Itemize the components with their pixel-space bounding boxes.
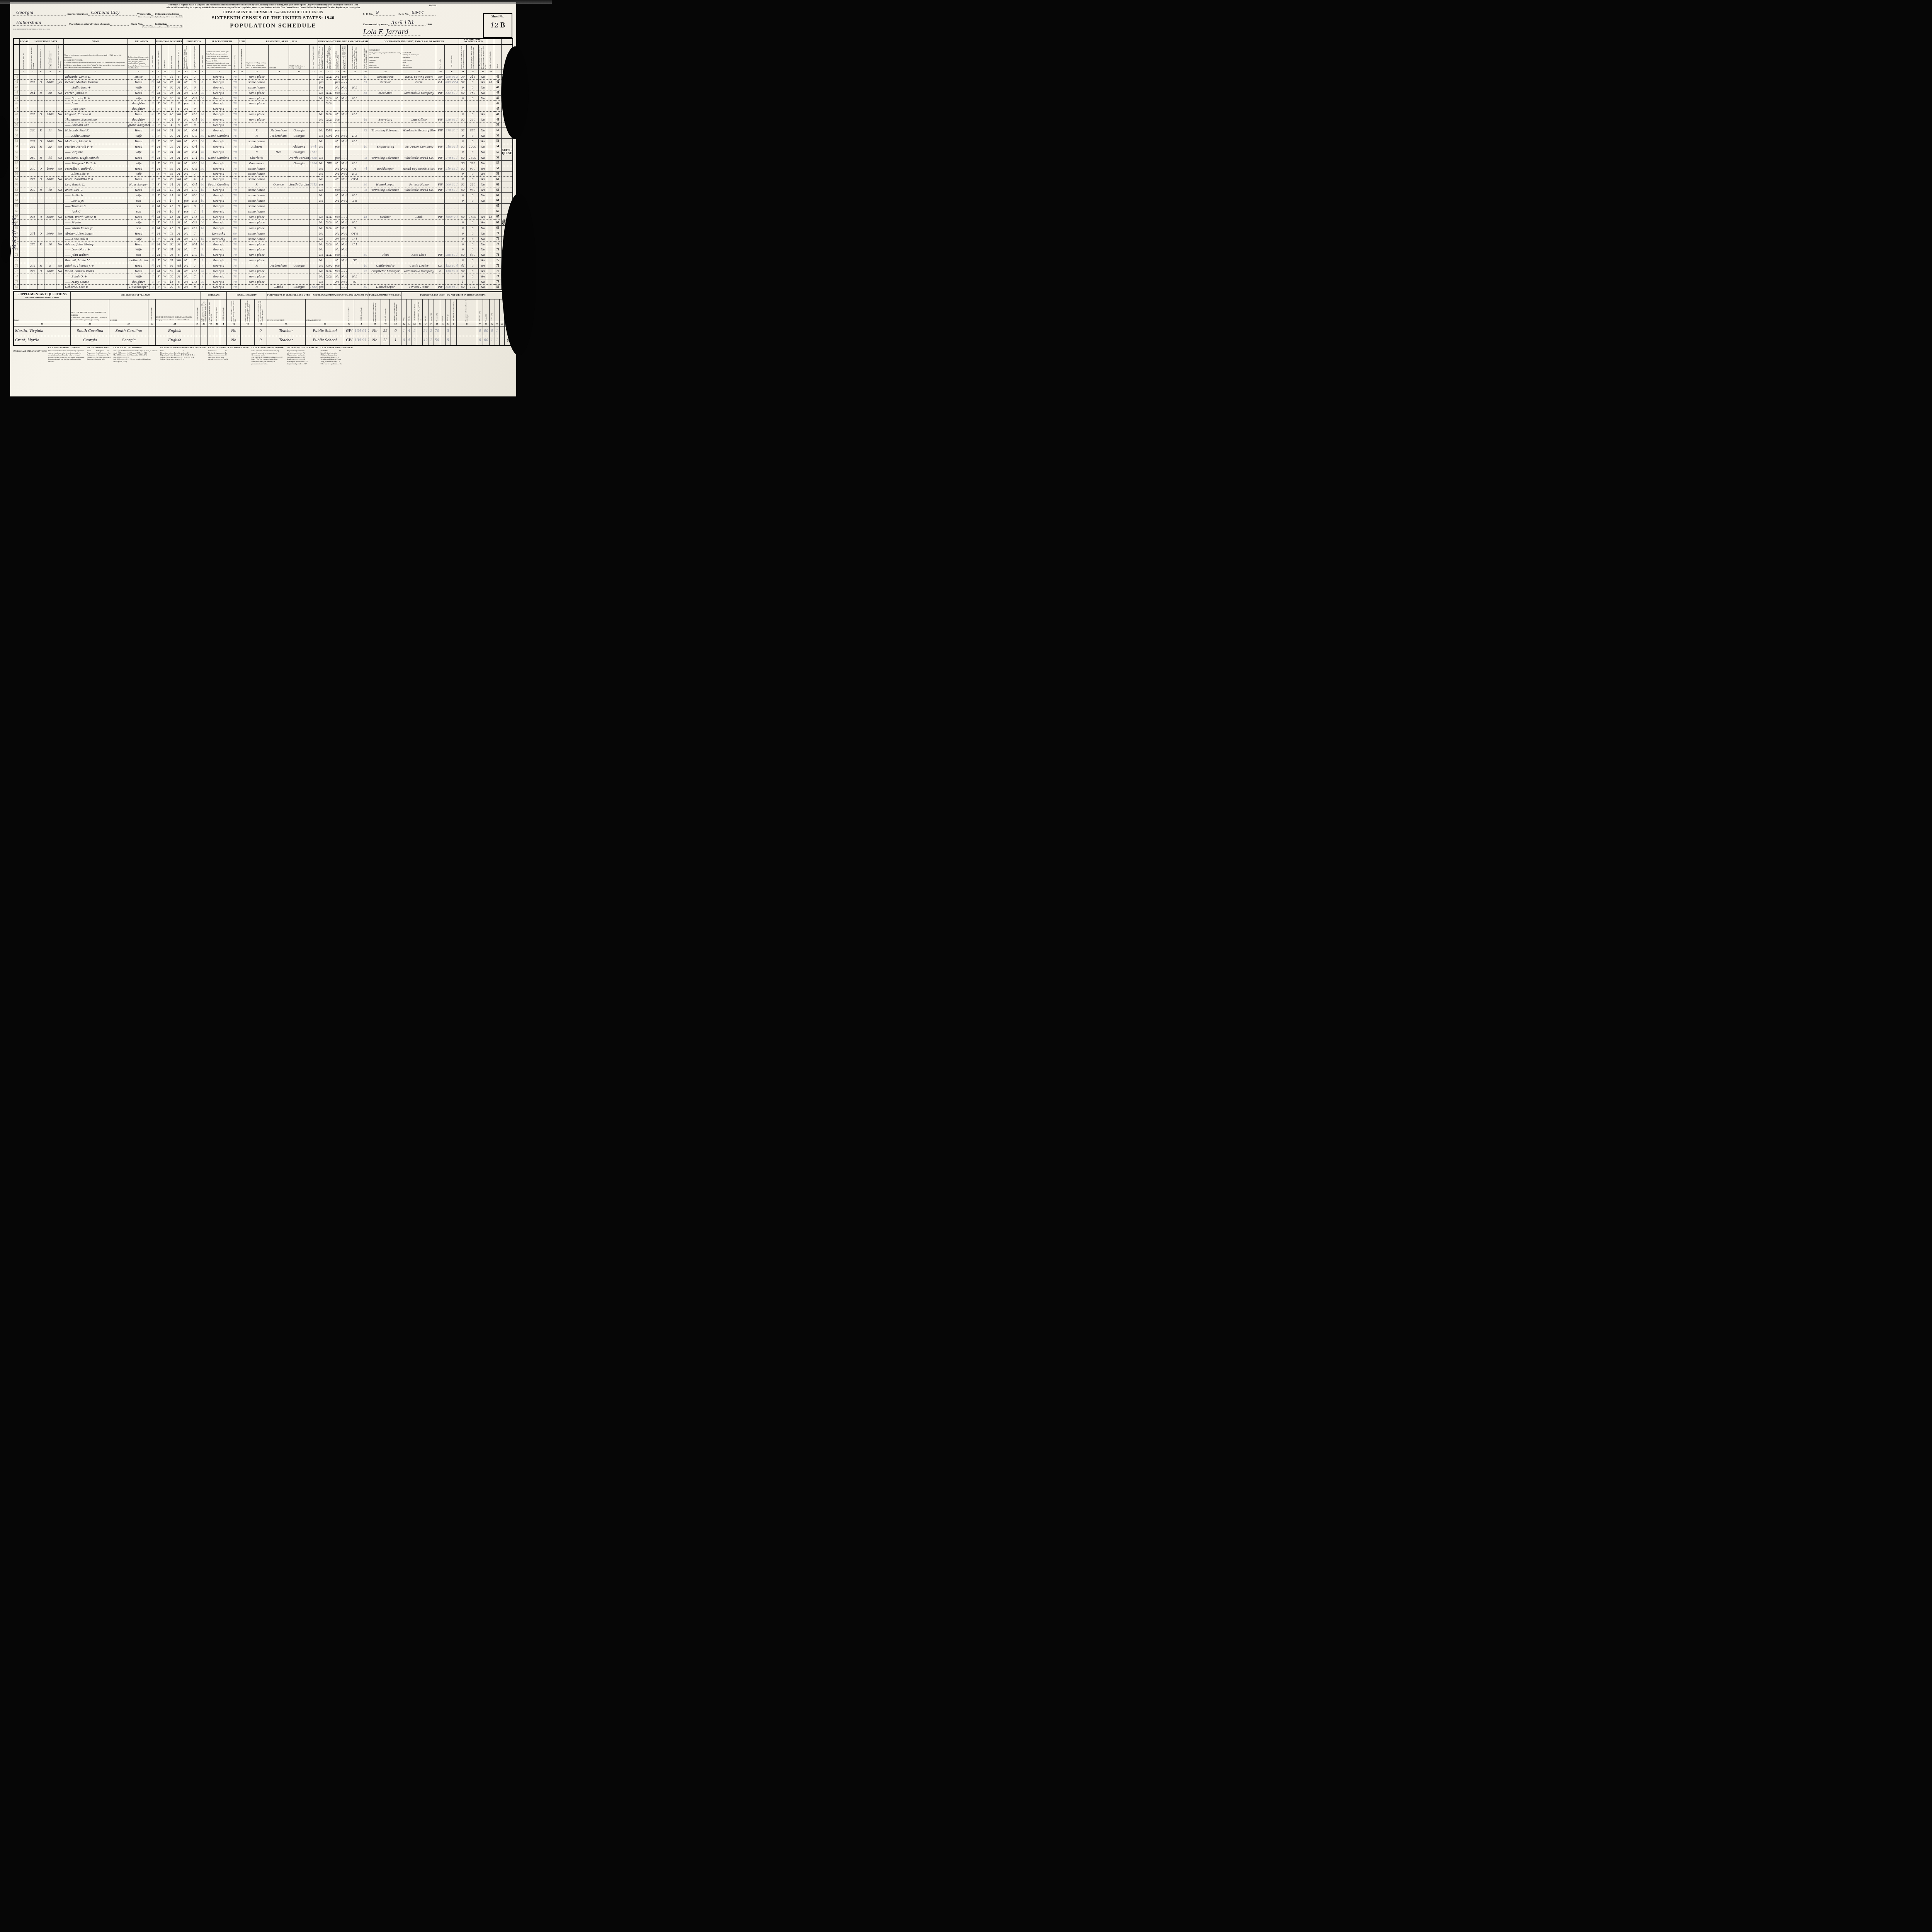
color-race: W [162, 279, 168, 284]
grade-code: 4 [199, 177, 205, 182]
res-county [269, 269, 289, 274]
other-income [479, 122, 487, 128]
marital-status: M [175, 144, 182, 149]
street [19, 219, 28, 225]
class-of-worker: PW [436, 128, 444, 133]
class-of-worker [436, 112, 444, 117]
seeking-work: No [334, 112, 341, 117]
owned-rented [37, 122, 44, 128]
column-header: Were deductions made from (1) all, (2) o… [255, 299, 267, 322]
owned-rented [37, 101, 44, 106]
at-work: No [318, 225, 325, 231]
sex: F [156, 101, 162, 106]
household-no [28, 219, 37, 225]
marital-status: S [175, 106, 182, 112]
ss-number: No [227, 336, 241, 345]
res-code [309, 274, 318, 279]
other-income: Yes [479, 79, 487, 85]
res-city: same place [245, 95, 269, 101]
wages: 0 [467, 79, 479, 85]
sex: M [156, 128, 162, 133]
marital-status: M [175, 247, 182, 252]
hours-worked: 48 [362, 214, 369, 219]
industry [402, 274, 436, 279]
res-state [289, 279, 309, 284]
res-county [269, 171, 289, 177]
engaged-status: OT [347, 258, 362, 263]
grade: 7 [190, 247, 199, 252]
seeking-work: No [334, 171, 341, 177]
owned-rented: O [37, 166, 44, 171]
name: Martin, Virginia [14, 326, 71, 336]
class-of-worker [436, 177, 444, 182]
res-state: North Carolina [289, 155, 309, 160]
relation-code: ⑦ [150, 182, 155, 187]
col-s: 5 [445, 326, 451, 336]
citizenship [238, 155, 245, 160]
grade: 7 [190, 263, 199, 269]
line-no: 60 [494, 177, 502, 182]
occ-code: 122 60 4 [444, 263, 459, 269]
emergency-work [325, 284, 334, 290]
res-county [269, 85, 289, 90]
record-row: 53267O2000NoMcClure, Ida W. ⊗Head⓪FW65Wd… [14, 138, 513, 144]
record-row: 46—— Janedaughter②FW7Syes11Georgia78same… [14, 101, 513, 106]
res-code [309, 231, 318, 236]
place-of-birth: Georgia [206, 101, 232, 106]
sex: M [156, 263, 162, 269]
relation-code: ① [150, 247, 155, 252]
res-state [289, 138, 309, 144]
industry [402, 149, 436, 155]
birth-code: 76 [232, 155, 238, 160]
citizenship [238, 166, 245, 171]
explanatory-note: Col. 11. AGE AT LAST BIRTHDAY:Enter age … [114, 347, 158, 365]
age: 10 [168, 209, 175, 214]
place-of-birth: Georgia [206, 117, 232, 122]
sex: F [156, 133, 162, 138]
home-value [44, 258, 56, 263]
suppl-flag [502, 171, 513, 177]
occupation [369, 241, 402, 247]
col-u [457, 336, 477, 345]
age: 74 [168, 236, 175, 241]
name: McClure, Ida W. ⊗ [64, 138, 128, 144]
grade: 3 [190, 79, 199, 85]
grade-code: 10 [199, 198, 205, 204]
street [19, 269, 28, 274]
name: Adams, John Wesley [64, 241, 128, 247]
column-header: CODE (Leave blank) [354, 299, 369, 322]
relation: Head [128, 138, 150, 144]
engaged-status: H 3 [347, 160, 362, 166]
farm-schedule [487, 171, 494, 177]
marital-status: Wd [175, 112, 182, 117]
farm-schedule [487, 101, 494, 106]
marital-status: S [175, 203, 182, 209]
hours-worked [362, 106, 369, 112]
owned-rented [37, 279, 44, 284]
supplementary-section: SUPPLEMENTARY QUESTIONSFor Persons Enume… [13, 291, 513, 346]
grade-code: 50 [199, 166, 205, 171]
line-no-left: 45 [14, 95, 19, 101]
res-city: Commerce [245, 160, 269, 166]
owned-rented [37, 171, 44, 177]
res-county [269, 155, 289, 160]
grade-code: 50 [199, 219, 205, 225]
marital-status: M [175, 128, 182, 133]
owned-rented [37, 252, 44, 258]
home-value: 14 [44, 155, 56, 160]
wages: 1300 [467, 155, 479, 160]
other-income: No [479, 236, 487, 241]
block-field [143, 25, 153, 26]
occ-code [444, 106, 459, 112]
seeking-work: No [334, 258, 341, 263]
grade-code: 7 [199, 171, 205, 177]
relation-code: ② [150, 225, 155, 231]
age: 53 [168, 171, 175, 177]
res-county [269, 112, 289, 117]
farm [56, 133, 64, 138]
marital-status: M [175, 274, 182, 279]
relation-code: ⓪ [150, 144, 155, 149]
name: —— Worth Vance Jr. [64, 225, 128, 231]
home-value: 5000 [44, 231, 56, 236]
farm: No [56, 263, 64, 269]
household-no: 271 [28, 177, 37, 182]
column-header: OCCUPATIONTrade, profession, or particul… [369, 44, 402, 70]
header-titles: DEPARTMENT OF COMMERCE—BUREAU OF THE CEN… [183, 10, 363, 37]
color-race: W [162, 214, 168, 219]
unincorporated-label: Unincorporated place [155, 13, 179, 15]
at-work: No [318, 252, 325, 258]
res-city [245, 122, 269, 128]
place-of-birth: Georgia [206, 279, 232, 284]
marital-status: M [175, 160, 182, 166]
hours-worked [362, 149, 369, 155]
place-of-birth: Georgia [206, 198, 232, 204]
industry: Automobile Company [402, 269, 436, 274]
res-county [269, 166, 289, 171]
wages: 1200 [467, 144, 479, 149]
attended-school: No [182, 187, 190, 193]
home-value: 11 [44, 128, 56, 133]
farm [56, 149, 64, 155]
farm [56, 171, 64, 177]
wages [467, 122, 479, 128]
class-of-worker [436, 171, 444, 177]
has-job: No No No [341, 138, 348, 144]
at-work: yes [318, 79, 325, 85]
seeking-work: No [334, 241, 341, 247]
other-income: yes [479, 171, 487, 177]
usual-industry: Public School [306, 336, 344, 345]
industry: W.P.A. Sewing Room [402, 74, 436, 80]
household-no [28, 279, 37, 284]
res-code [309, 112, 318, 117]
father-birthplace: South Carolina [71, 326, 109, 336]
res-county [269, 198, 289, 204]
res-state [289, 106, 309, 112]
weeks-worked: 30 [459, 160, 467, 166]
marital-status: M [175, 133, 182, 138]
birth-code: 78 [232, 284, 238, 290]
street [19, 284, 28, 290]
color-race: W [162, 149, 168, 155]
class-of-worker [436, 279, 444, 284]
line-no-left: 43 [14, 85, 19, 90]
res-county [269, 241, 289, 247]
res-state: Georgia [289, 133, 309, 138]
farm-schedule [487, 187, 494, 193]
citizenship [238, 284, 245, 290]
relation: wife [128, 95, 150, 101]
enumerator-signature: Lola F. Jarrard [363, 28, 421, 36]
relation: Housekeeper [128, 284, 150, 290]
name: —— John Walton [64, 252, 128, 258]
res-state: Alabama [289, 144, 309, 149]
owned-rented [37, 193, 44, 198]
ed-label: E. D. No. [398, 13, 408, 15]
citizenship [238, 241, 245, 247]
column-number: 5 [44, 70, 56, 74]
line-no: 57 [494, 160, 502, 166]
citizenship [238, 128, 245, 133]
wages: 0 [467, 219, 479, 225]
emergency-work: X₀X₀ [325, 274, 334, 279]
column-header: Usual class of worker [344, 299, 354, 322]
column-number: 37 [109, 322, 148, 326]
engaged-status: – – – [347, 74, 362, 80]
attended-school: No [182, 252, 190, 258]
emergency-work [325, 155, 334, 160]
res-state [289, 198, 309, 204]
birth-code: 78 [232, 122, 238, 128]
sex: M [156, 203, 162, 209]
home-value: 5 [44, 263, 56, 269]
color-race: W [162, 198, 168, 204]
sex: M [156, 225, 162, 231]
relation-code: ⓪ [150, 112, 155, 117]
home-value [44, 193, 56, 198]
street [19, 74, 28, 80]
farm-schedule: 16 [487, 214, 494, 219]
wages: 0 [467, 225, 479, 231]
occupation [369, 101, 402, 106]
res-county: Habersham [269, 128, 289, 133]
marital-status: Wd [175, 177, 182, 182]
res-city: R [245, 263, 269, 269]
attended-school: No [182, 166, 190, 171]
place-of-birth: South Carolina [206, 182, 232, 187]
engaged-status [347, 203, 362, 209]
line-no: 51 [494, 128, 502, 133]
other-income: No [479, 95, 487, 101]
code-j: 134 91 2 [354, 326, 369, 336]
weeks-worked: 0 [459, 171, 467, 177]
wages: 0 [467, 258, 479, 263]
column-number: 24 [341, 70, 348, 74]
place-of-birth: Georgia [206, 219, 232, 225]
class-of-worker: E [436, 269, 444, 274]
line-no: 71 [494, 236, 502, 241]
farm: No [56, 90, 64, 95]
household-no [28, 85, 37, 90]
line-no-left: 59 [14, 171, 19, 177]
res-code [309, 79, 318, 85]
farm [56, 122, 64, 128]
attended-school: No [182, 160, 190, 166]
film-blob [1, 240, 11, 263]
citizenship [238, 90, 245, 95]
column-header [14, 44, 19, 70]
column-header: MOTHER [109, 299, 148, 322]
record-row: 44264R20NoPorter, James F.Head⓪MW28MNoH-… [14, 90, 513, 95]
occ-code [444, 209, 459, 214]
street [19, 214, 28, 219]
emergency-work [325, 203, 334, 209]
col-q: 70 [434, 326, 440, 336]
res-city: same place [245, 247, 269, 252]
line-no-left: 42 [14, 79, 19, 85]
res-state [289, 90, 309, 95]
suppl-flag [502, 182, 513, 187]
hours-worked [362, 279, 369, 284]
grade: 0 [190, 106, 199, 112]
name: Echols, Morton Monroe [64, 79, 128, 85]
res-city: same house [245, 236, 269, 241]
grade: C-2 [190, 166, 199, 171]
street [19, 79, 28, 85]
name: ——, Sallie Jane ⊗ [64, 85, 128, 90]
owned-rented: O [37, 79, 44, 85]
sex: F [156, 177, 162, 182]
emergency-work: NW [325, 160, 334, 166]
wages: 240 [467, 182, 479, 187]
home-value [44, 171, 56, 177]
relation-code: ① [150, 193, 155, 198]
grade-code: 7 [199, 74, 205, 80]
marital-status: Wd [175, 138, 182, 144]
hours-worked [362, 198, 369, 204]
birth-code: 78 [232, 203, 238, 209]
street [19, 198, 28, 204]
res-county [269, 252, 289, 258]
household-no [28, 247, 37, 252]
other-income: No [479, 74, 487, 80]
household-no [28, 171, 37, 177]
place-of-birth: Georgia [206, 149, 232, 155]
farm-schedule [487, 258, 494, 263]
suppl-flag [502, 155, 513, 160]
res-city: same place [245, 225, 269, 231]
hours-worked [362, 122, 369, 128]
engaged-status: U 1 [347, 241, 362, 247]
at-work: No [318, 274, 325, 279]
institution-field [167, 25, 183, 26]
citizenship [238, 95, 245, 101]
birth-code: 78 [232, 279, 238, 284]
birth-code: 80 [232, 231, 238, 236]
line-no-left: 78 [14, 274, 19, 279]
column-number: O [422, 322, 429, 326]
wages: 0 [467, 95, 479, 101]
citizenship [238, 219, 245, 225]
res-state [289, 252, 309, 258]
seeking-work: yes [334, 155, 341, 160]
occ-code [444, 171, 459, 177]
farm [56, 284, 64, 290]
column-header: Does this person have a Federal Social S… [227, 299, 241, 322]
res-county: Banks [269, 284, 289, 290]
relation: Wife [128, 85, 150, 90]
record-row: 73—— Leon Nora ⊗Wife①FW61MNo77Georgia78s… [14, 247, 513, 252]
res-county [269, 177, 289, 182]
industry [402, 225, 436, 231]
name: —— Addie Louise [64, 133, 128, 138]
column-header: Street, avenue, road, etc. [19, 44, 28, 70]
occupation [369, 274, 402, 279]
grade-code [199, 106, 205, 112]
record-row: 68—— Myrtlewife①FW42MNoC-250Georgia78sam… [14, 219, 513, 225]
res-state: South Carolina [289, 182, 309, 187]
age: 79 [168, 231, 175, 236]
class-of-worker: PW [436, 90, 444, 95]
name: Absher, Allen Logan [64, 231, 128, 236]
marital-status: S [175, 122, 182, 128]
at-work: No [318, 160, 325, 166]
veteran-child [207, 336, 214, 345]
emergency-work [325, 166, 334, 171]
relation: sister [128, 74, 150, 80]
grade: 4 [190, 209, 199, 214]
sex: F [156, 106, 162, 112]
farm: No [56, 166, 64, 171]
engaged-status: H 5 [347, 133, 362, 138]
attended-school: yes [182, 101, 190, 106]
line-no: 80 [494, 284, 502, 290]
grade-code: 50 [199, 138, 205, 144]
grade-code: 10 [199, 236, 205, 241]
relation-code: ⓪ [150, 241, 155, 247]
household-no: 270 [28, 166, 37, 171]
wages: 1500 [467, 214, 479, 219]
place-of-birth: Georgia [206, 79, 232, 85]
explanatory-note: Cols. 30 and 47. CLASS OF WORKER:Wage or… [287, 347, 318, 365]
unincorporated-field [179, 15, 183, 15]
col-o: 24 [422, 326, 429, 336]
relation: Wife [128, 236, 150, 241]
seeking-work [334, 122, 341, 128]
place-of-birth: Kentucky [206, 231, 232, 236]
sheet-letter: B [500, 21, 505, 29]
engaged-status [347, 149, 362, 155]
attended-school: No [182, 263, 190, 269]
record-row: 43——, Sallie Jane ⊗Wife①FW66MNo66Georgia… [14, 85, 513, 90]
column-header: Number of hours worked during week of Ma… [362, 44, 369, 70]
grade: H-2 [190, 252, 199, 258]
res-city: same place [245, 241, 269, 247]
column-number: 49 [381, 322, 390, 326]
weeks-worked: 0 [459, 133, 467, 138]
engaged-status: H 5 [347, 274, 362, 279]
birth-code: 76 [232, 133, 238, 138]
relation: daughter [128, 279, 150, 284]
occ-code: 500 86 1 [444, 284, 459, 290]
age: 42 [168, 187, 175, 193]
citizenship [238, 203, 245, 209]
